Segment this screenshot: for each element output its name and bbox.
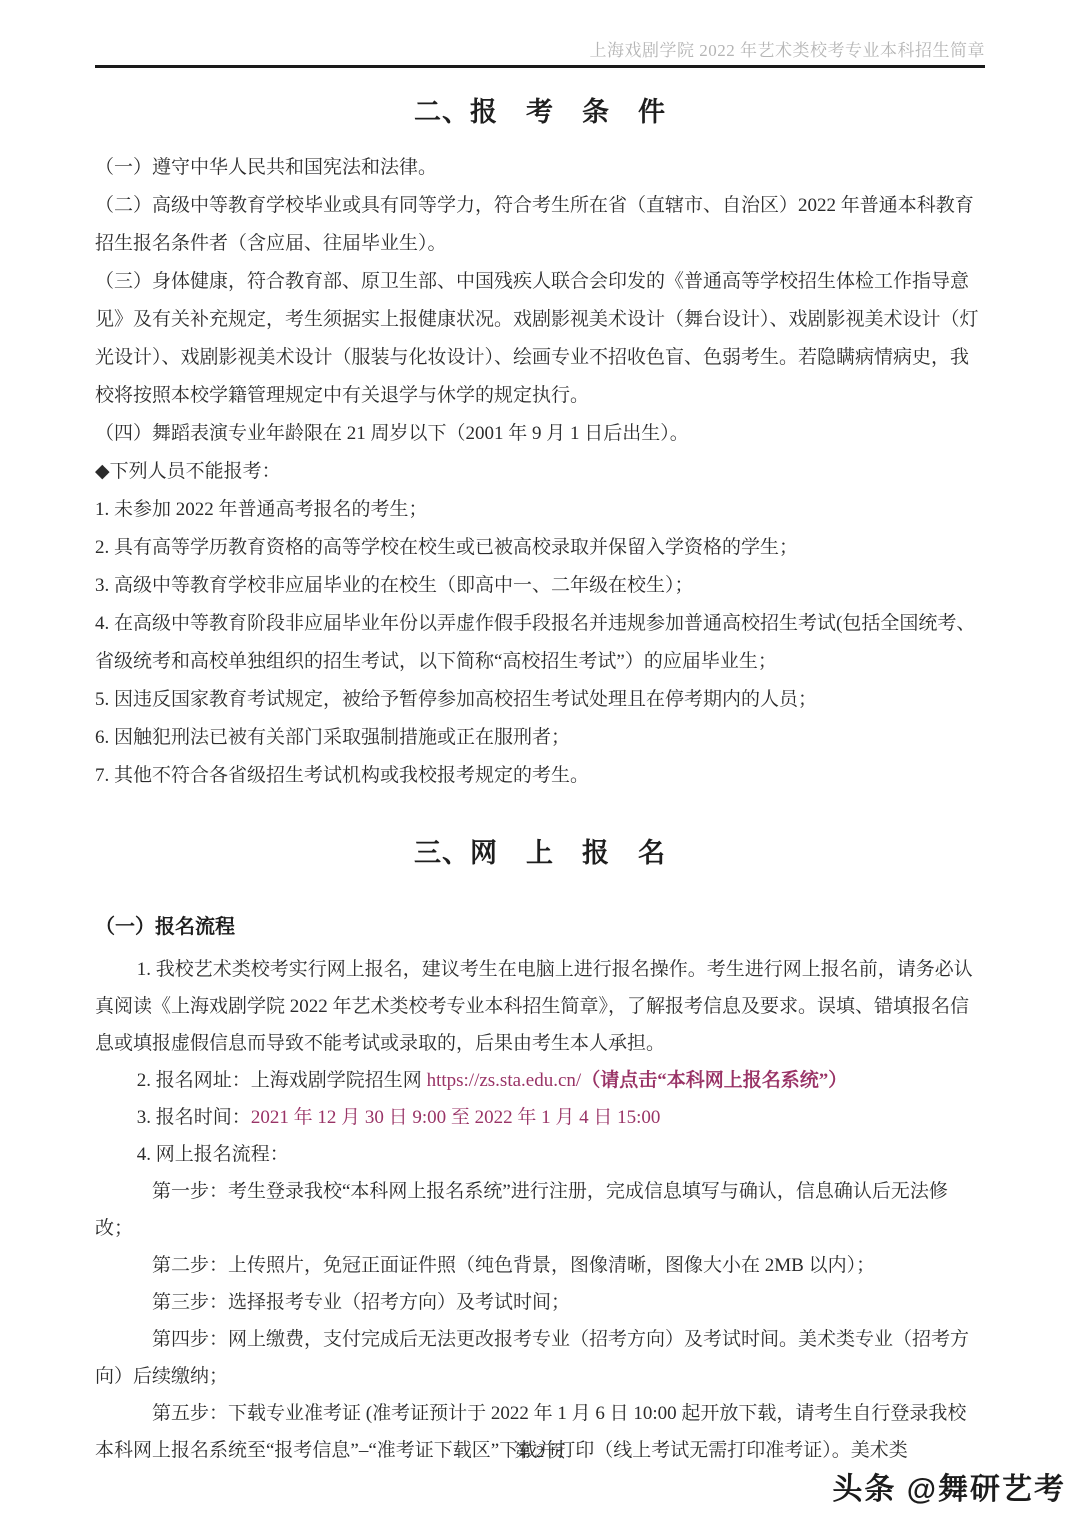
condition-item-1: （一）遵守中华人民共和国宪法和法律。: [95, 149, 985, 187]
condition-item-2: （二）高级中等教育学校毕业或具有同等学力，符合考生所在省（直辖市、自治区）202…: [95, 187, 985, 263]
registration-url-label: 2. 报名网址：上海戏剧学院招生网: [137, 1070, 427, 1091]
header-rule: [95, 65, 985, 68]
page-number: 第 2 页: [0, 1437, 1080, 1462]
excluded-persons-heading: ◆下列人员不能报考：: [95, 453, 985, 491]
registration-item-3: 3. 报名时间：2021 年 12 月 30 日 9:00 至 2022 年 1…: [95, 1099, 985, 1136]
registration-item-1: 1. 我校艺术类校考实行网上报名，建议考生在电脑上进行报名操作。考生进行网上报名…: [95, 951, 985, 1062]
excluded-item-2: 2. 具有高等学历教育资格的高等学校在校生或已被高校录取并保留入学资格的学生；: [95, 529, 985, 567]
registration-time-value: 2021 年 12 月 30 日 9:00 至 2022 年 1 月 4 日 1…: [251, 1107, 661, 1128]
registration-step-2: 第二步：上传照片，免冠正面证件照（纯色背景，图像清晰，图像大小在 2MB 以内）…: [95, 1247, 985, 1284]
enrollment-conditions-body: （一）遵守中华人民共和国宪法和法律。 （二）高级中等教育学校毕业或具有同等学力，…: [95, 149, 985, 795]
excluded-item-7: 7. 其他不符合各省级招生考试机构或我校报考规定的考生。: [95, 757, 985, 795]
condition-item-4: （四）舞蹈表演专业年龄限在 21 周岁以下（2001 年 9 月 1 日后出生）…: [95, 415, 985, 453]
registration-url-link[interactable]: https://zs.sta.edu.cn/: [427, 1070, 582, 1091]
registration-url-note: （请点击“本科网上报名系统”）: [581, 1070, 847, 1091]
registration-step-4: 第四步：网上缴费，支付完成后无法更改报考专业（招考方向）及考试时间。美术类专业（…: [95, 1321, 985, 1395]
running-header: 上海戏剧学院 2022 年艺术类校考专业本科招生简章: [95, 0, 985, 61]
registration-item-2: 2. 报名网址：上海戏剧学院招生网 https://zs.sta.edu.cn/…: [95, 1062, 985, 1099]
document-page: 上海戏剧学院 2022 年艺术类校考专业本科招生简章 二、报 考 条 件 （一）…: [0, 0, 1080, 1527]
excluded-item-4: 4. 在高级中等教育阶段非应届毕业年份以弄虚作假手段报名并违规参加普通高校招生考…: [95, 605, 985, 681]
section-title-online-registration: 三、网 上 报 名: [95, 831, 985, 870]
toutiao-watermark: 头条 @舞研艺考: [832, 1464, 1066, 1508]
excluded-item-1: 1. 未参加 2022 年普通高考报名的考生；: [95, 491, 985, 529]
page-content: 上海戏剧学院 2022 年艺术类校考专业本科招生简章 二、报 考 条 件 （一）…: [0, 0, 1080, 1469]
excluded-item-6: 6. 因触犯刑法已被有关部门采取强制措施或正在服刑者；: [95, 719, 985, 757]
excluded-item-5: 5. 因违反国家教育考试规定，被给予暂停参加高校招生考试处理且在停考期内的人员；: [95, 681, 985, 719]
registration-step-1: 第一步：考生登录我校“本科网上报名系统”进行注册，完成信息填写与确认，信息确认后…: [95, 1173, 985, 1247]
registration-item-4: 4. 网上报名流程：: [95, 1136, 985, 1173]
subsection-title-registration-process: （一）报名流程: [95, 910, 985, 939]
online-registration-body: 1. 我校艺术类校考实行网上报名，建议考生在电脑上进行报名操作。考生进行网上报名…: [95, 951, 985, 1469]
condition-item-3: （三）身体健康，符合教育部、原卫生部、中国残疾人联合会印发的《普通高等学校招生体…: [95, 263, 985, 415]
section-title-enrollment-conditions: 二、报 考 条 件: [95, 90, 985, 129]
excluded-item-3: 3. 高级中等教育学校非应届毕业的在校生（即高中一、二年级在校生）；: [95, 567, 985, 605]
registration-time-label: 3. 报名时间：: [137, 1107, 251, 1128]
registration-step-3: 第三步：选择报考专业（招考方向）及考试时间；: [95, 1284, 985, 1321]
